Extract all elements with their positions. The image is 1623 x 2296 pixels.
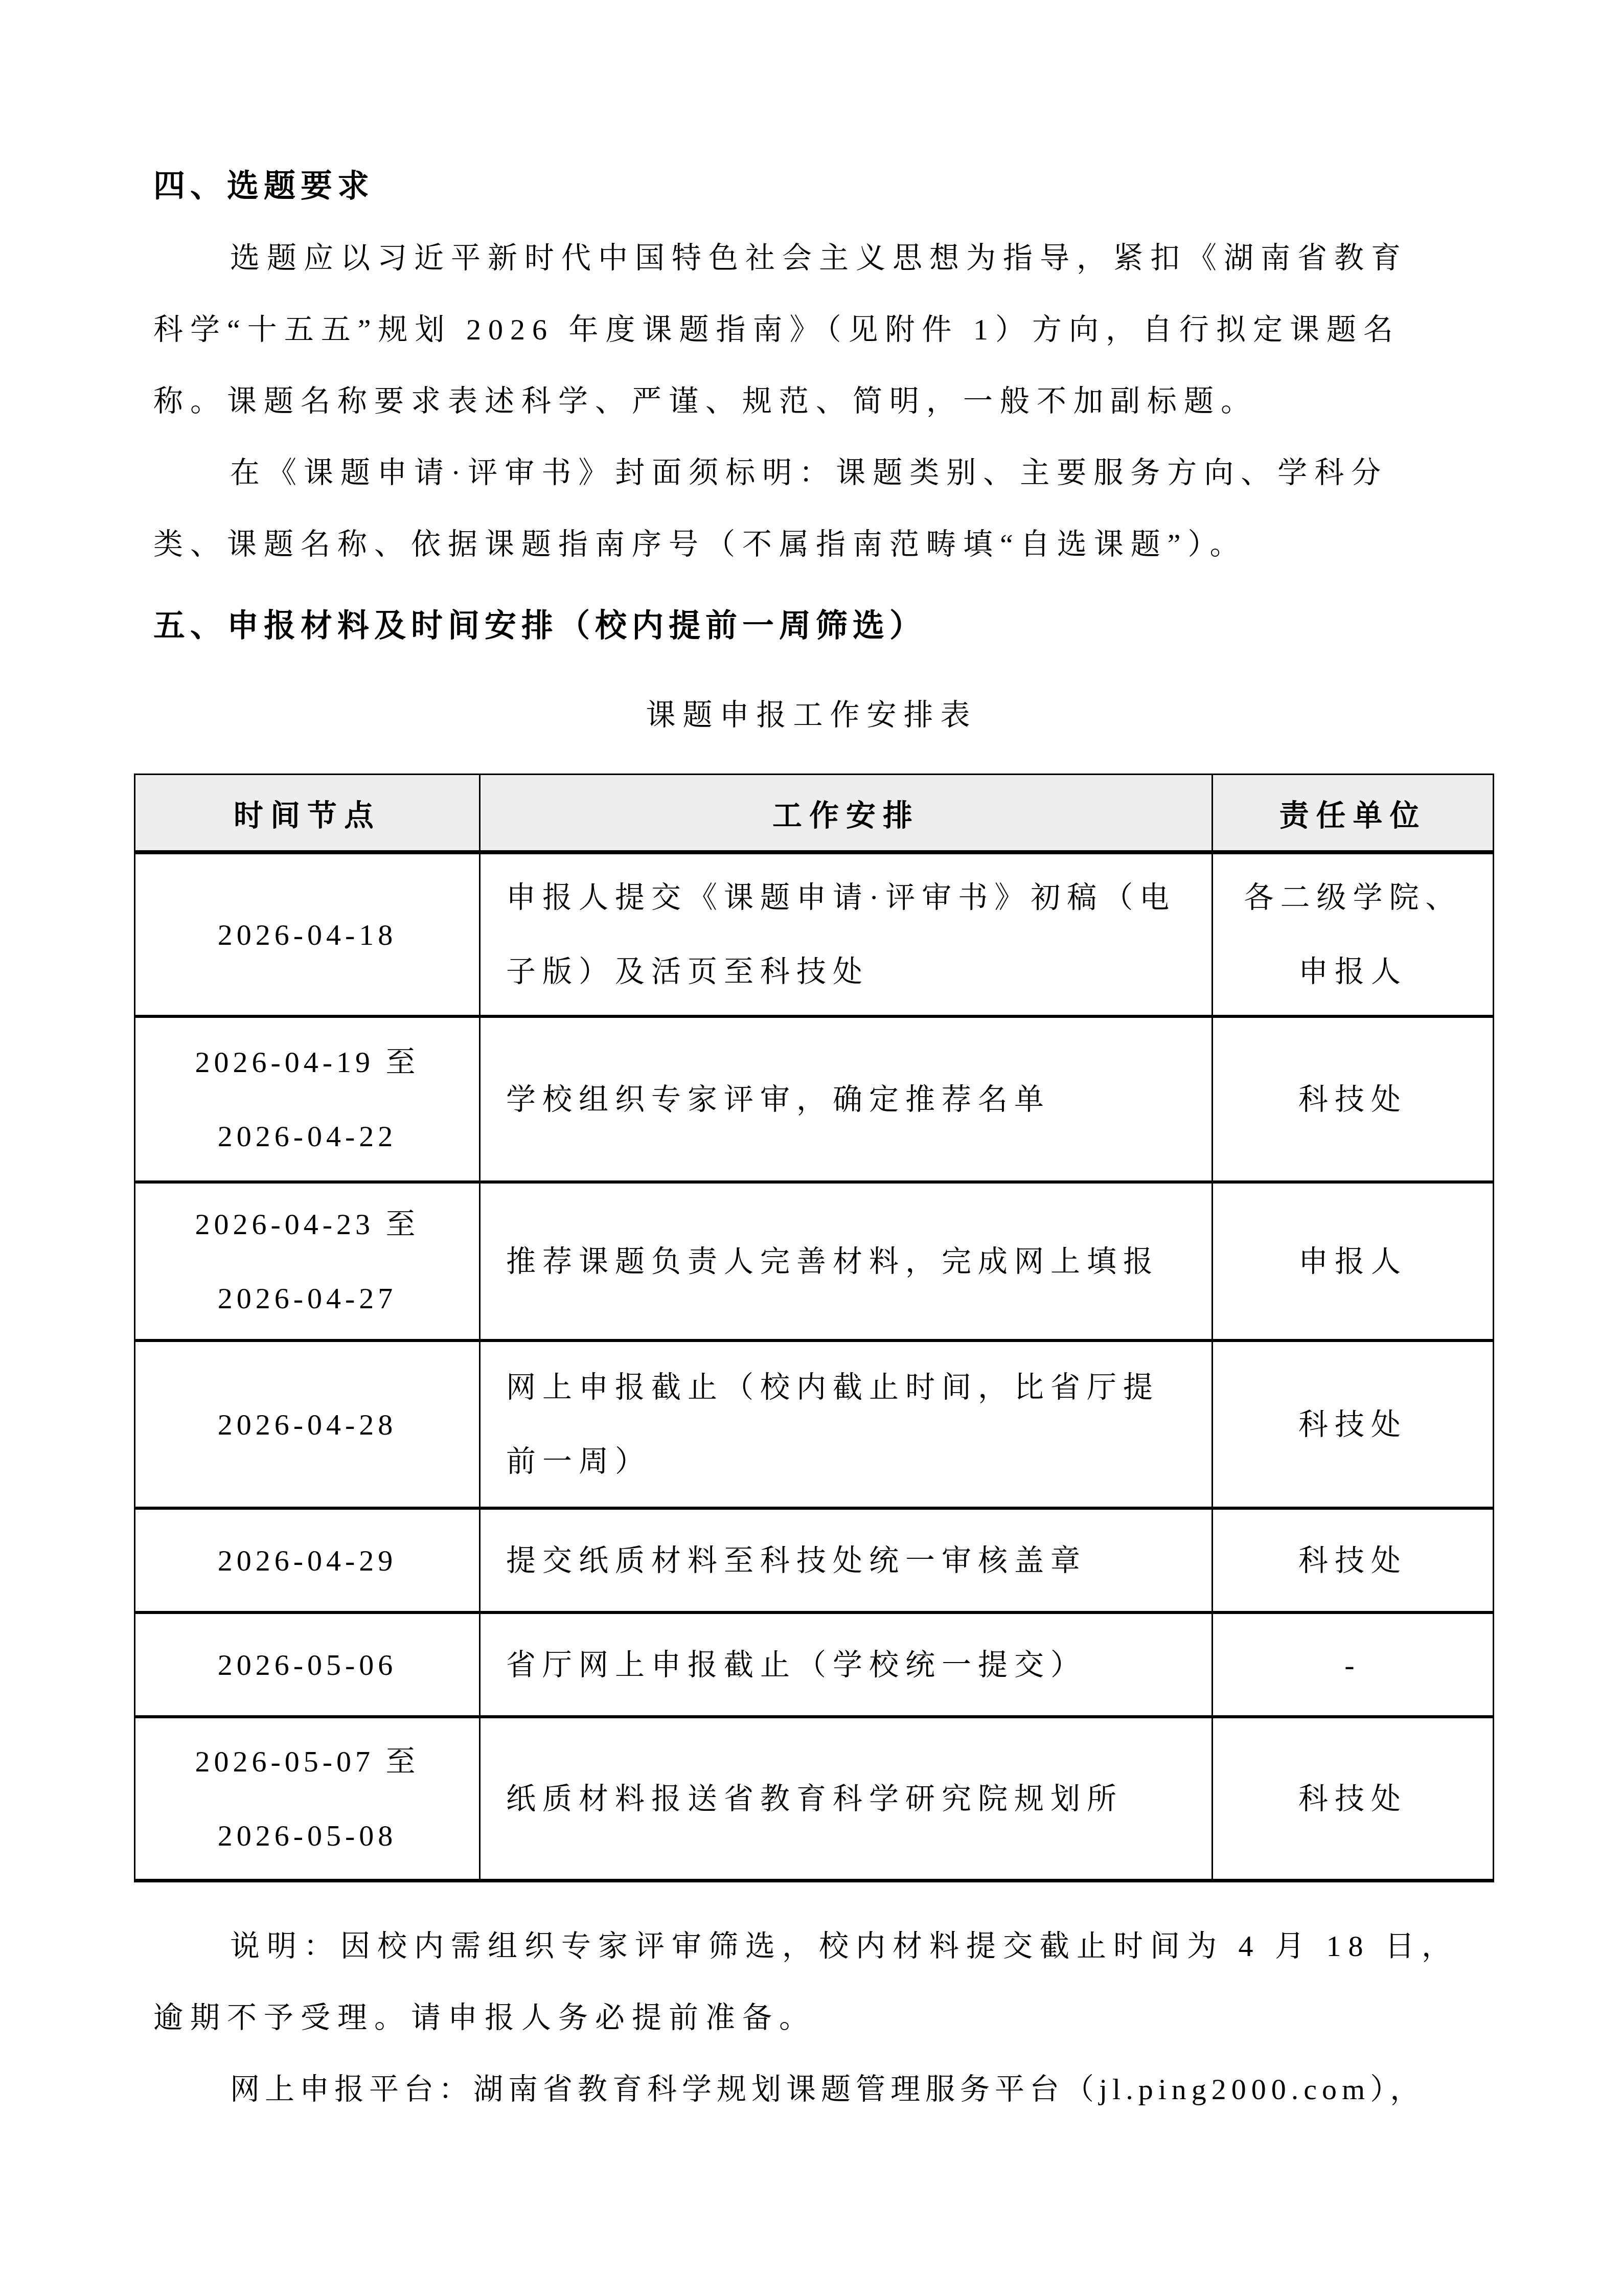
table-row: 2026-04-18 申报人提交《课题申请·评审书》初稿（电 子版）及活页至科技…	[135, 852, 1494, 1016]
table-row: 2026-04-28 网上申报截止（校内截止时间，比省厅提 前一周） 科技处	[135, 1340, 1494, 1508]
schedule-table: 时间节点 工作安排 责任单位 2026-04-18 申报人提交《课题申请·评审书…	[134, 774, 1494, 1882]
time-cell: 2026-04-28	[135, 1340, 480, 1508]
unit-cell: -	[1213, 1612, 1494, 1717]
task-cell: 学校组织专家评审，确定推荐名单	[480, 1016, 1213, 1182]
unit-cell: 科技处	[1213, 1508, 1494, 1612]
time-cell: 2026-04-23 至 2026-04-27	[135, 1182, 480, 1340]
table-row: 2026-05-07 至 2026-05-08 纸质材料报送省教育科学研究院规划…	[135, 1717, 1494, 1881]
platform-paragraph: 网上申报平台：湖南省教育科学规划课题管理服务平台（jl.ping2000.com…	[153, 2054, 1470, 2125]
time-cell: 2026-04-18	[135, 852, 480, 1016]
unit-cell: 科技处	[1213, 1340, 1494, 1508]
task-cell: 网上申报截止（校内截止时间，比省厅提 前一周）	[480, 1340, 1213, 1508]
section-5-heading: 五、申报材料及时间安排（校内提前一周筛选）	[153, 590, 1470, 662]
time-cell: 2026-04-29	[135, 1508, 480, 1612]
task-cell: 省厅网上申报截止（学校统一提交）	[480, 1612, 1213, 1717]
section-4-paragraph-1: 选题应以习近平新时代中国特色社会主义思想为指导，紧扣《湖南省教育 科学“十五五”…	[153, 222, 1470, 437]
table-row: 2026-05-06 省厅网上申报截止（学校统一提交） -	[135, 1612, 1494, 1717]
unit-cell: 科技处	[1213, 1016, 1494, 1182]
note-paragraph: 说明：因校内需组织专家评审筛选，校内材料提交截止时间为 4 月 18 日， 逾期…	[153, 1911, 1470, 2054]
table-title: 课题申报工作安排表	[153, 700, 1470, 730]
header-time: 时间节点	[135, 775, 480, 853]
task-cell: 提交纸质材料至科技处统一审核盖章	[480, 1508, 1213, 1612]
table-row: 2026-04-19 至 2026-04-22 学校组织专家评审，确定推荐名单 …	[135, 1016, 1494, 1182]
header-task: 工作安排	[480, 775, 1213, 853]
section-4-paragraph-2: 在《课题申请·评审书》封面须标明：课题类别、主要服务方向、学科分 类、课题名称、…	[153, 437, 1470, 580]
unit-cell: 各二级学院、 申报人	[1213, 852, 1494, 1016]
task-cell: 纸质材料报送省教育科学研究院规划所	[480, 1717, 1213, 1881]
table-row: 2026-04-29 提交纸质材料至科技处统一审核盖章 科技处	[135, 1508, 1494, 1612]
time-cell: 2026-05-06	[135, 1612, 480, 1717]
time-cell: 2026-04-19 至 2026-04-22	[135, 1016, 480, 1182]
table-header-row: 时间节点 工作安排 责任单位	[135, 775, 1494, 853]
section-4-heading: 四、选题要求	[153, 151, 1470, 222]
task-cell: 申报人提交《课题申请·评审书》初稿（电 子版）及活页至科技处	[480, 852, 1213, 1016]
document-page: 四、选题要求 选题应以习近平新时代中国特色社会主义思想为指导，紧扣《湖南省教育 …	[0, 0, 1623, 2296]
task-cell: 推荐课题负责人完善材料，完成网上填报	[480, 1182, 1213, 1340]
unit-cell: 科技处	[1213, 1717, 1494, 1881]
header-unit: 责任单位	[1213, 775, 1494, 853]
table-row: 2026-04-23 至 2026-04-27 推荐课题负责人完善材料，完成网上…	[135, 1182, 1494, 1340]
time-cell: 2026-05-07 至 2026-05-08	[135, 1717, 480, 1881]
unit-cell: 申报人	[1213, 1182, 1494, 1340]
